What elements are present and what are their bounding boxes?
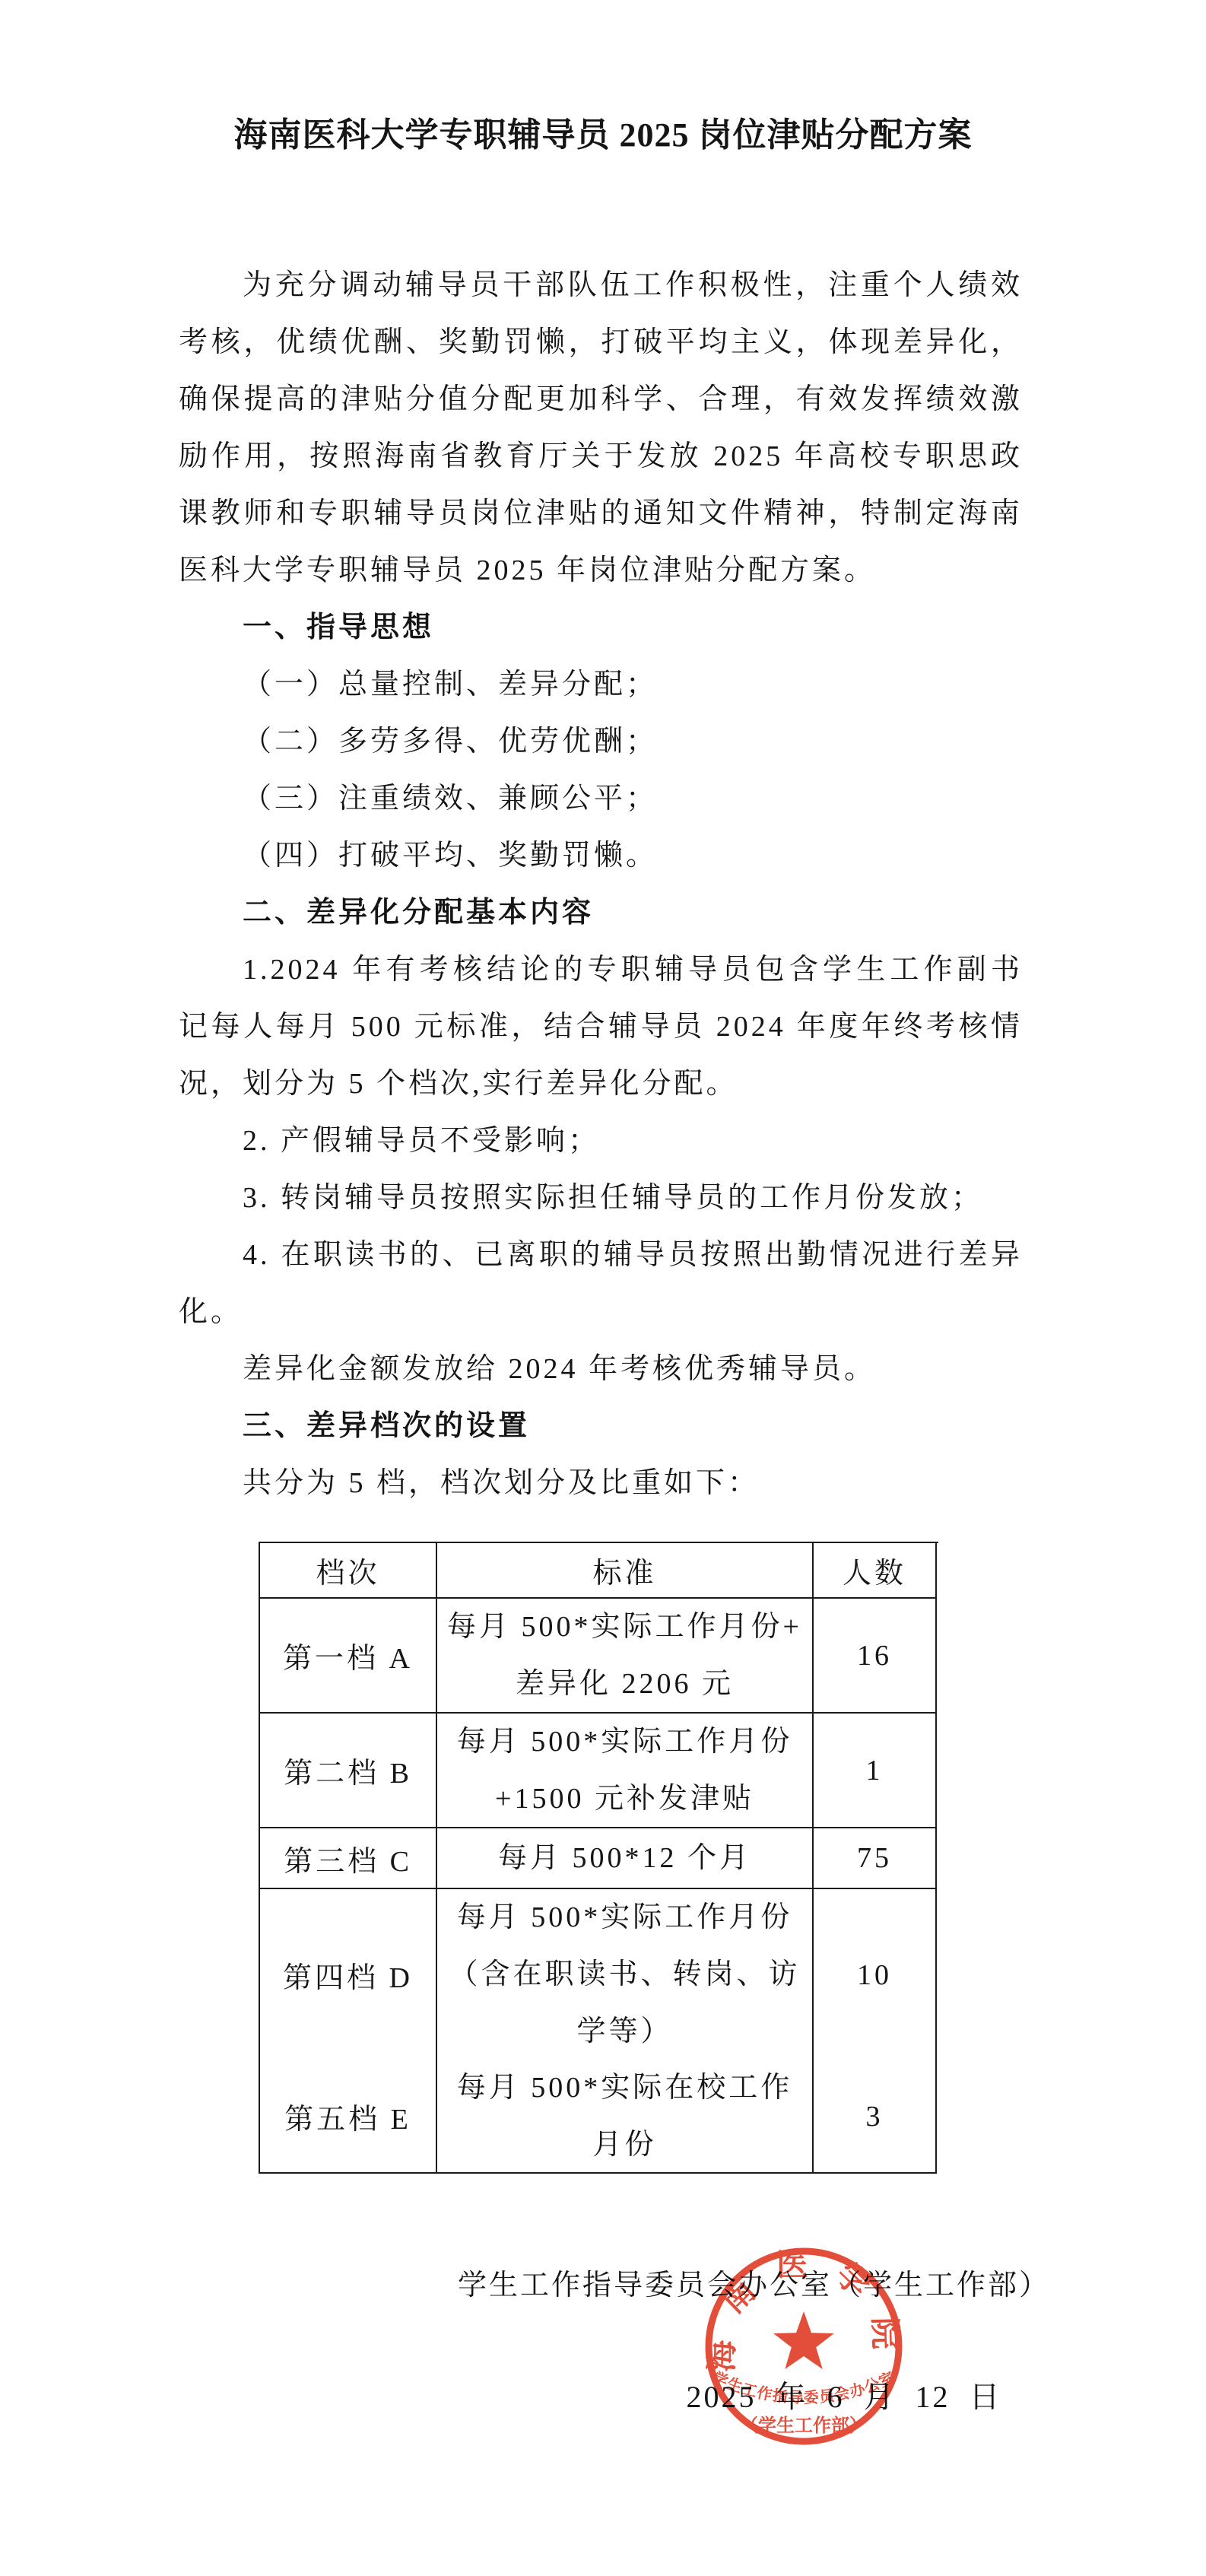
body-line: （一）总量控制、差异分配； bbox=[179, 656, 1023, 713]
standard-cell: 每月 500*实际工作月份+差异化 2206 元 bbox=[437, 1599, 814, 1714]
body-line: 二、差异化分配基本内容 bbox=[179, 885, 1023, 942]
document-body: 为充分调动辅导员干部队伍工作积极性，注重个人绩效 考核，优绩优酬、奖勤罚懒，打破… bbox=[179, 257, 1023, 1512]
body-line: （二）多劳多得、优劳优酬； bbox=[179, 713, 1023, 770]
official-stamp: 海南医学院 学生工作指导委员会办公室 （学生工作部） bbox=[697, 2240, 910, 2453]
table-header-row: 档次 标准 人数 bbox=[260, 1543, 938, 1599]
table-header-grade: 档次 bbox=[260, 1543, 437, 1599]
document-page: 海南医科大学专职辅导员 2025 岗位津贴分配方案 为充分调动辅导员干部队伍工作… bbox=[0, 0, 1206, 2576]
grade-cell: 第三档 C bbox=[260, 1828, 437, 1889]
standard-cell: 每月 500*实际工作月份（含在职读书、转岗、访学等） bbox=[437, 1889, 814, 2060]
body-line: 确保提高的津贴分值分配更加科学、合理，有效发挥绩效激 bbox=[179, 371, 1023, 428]
body-line: 考核，优绩优酬、奖勤罚懒，打破平均主义，体现差异化， bbox=[179, 314, 1023, 371]
stamp-arc-text: 学生工作指导委员会办公室 bbox=[709, 2368, 898, 2406]
standard-line: 差异化 2206 元 bbox=[516, 1656, 734, 1713]
grade-cell: 第五档 E bbox=[260, 2060, 437, 2174]
standard-cell: 每月 500*实际在校工作月份 bbox=[437, 2060, 814, 2174]
allowance-table: 档次 标准 人数 第一档 A 每月 500*实际工作月份+差异化 2206 元 … bbox=[259, 1542, 938, 2174]
body-line: 记每人每月 500 元标准，结合辅导员 2024 年度年终考核情 bbox=[179, 999, 1023, 1056]
count-cell: 75 bbox=[814, 1828, 937, 1889]
standard-line: 每月 500*实际工作月份 bbox=[457, 1714, 793, 1771]
count-cell: 1 bbox=[814, 1714, 937, 1828]
standard-line: 学等） bbox=[576, 2003, 672, 2060]
standard-line: 每月 500*12 个月 bbox=[498, 1830, 751, 1887]
body-line: 化。 bbox=[179, 1284, 1023, 1341]
body-line: 2. 产假辅导员不受影响； bbox=[179, 1113, 1023, 1170]
body-line: 三、差异档次的设置 bbox=[179, 1398, 1023, 1455]
table-row: 第一档 A 每月 500*实际工作月份+差异化 2206 元 16 bbox=[260, 1599, 938, 1714]
grade-cell: 第二档 B bbox=[260, 1714, 437, 1828]
count-cell: 10 bbox=[814, 1889, 937, 2060]
standard-line: 每月 500*实际工作月份+ bbox=[447, 1599, 802, 1656]
body-line: 3. 转岗辅导员按照实际担任辅导员的工作月份发放； bbox=[179, 1170, 1023, 1227]
body-line: 为充分调动辅导员干部队伍工作积极性，注重个人绩效 bbox=[179, 257, 1023, 314]
svg-text:学生工作指导委员会办公室: 学生工作指导委员会办公室 bbox=[709, 2368, 898, 2406]
table-row: 第五档 E 每月 500*实际在校工作月份 3 bbox=[260, 2060, 938, 2174]
standard-line: 每月 500*实际在校工作 bbox=[457, 2060, 793, 2117]
body-line: （四）打破平均、奖勤罚懒。 bbox=[179, 827, 1023, 885]
table-row: 第二档 B 每月 500*实际工作月份+1500 元补发津贴 1 bbox=[260, 1714, 938, 1828]
standard-line: 月份 bbox=[592, 2117, 656, 2174]
table-row: 第四档 D 每月 500*实际工作月份（含在职读书、转岗、访学等） 10 bbox=[260, 1889, 938, 2060]
body-line: （三）注重绩效、兼顾公平； bbox=[179, 770, 1023, 827]
stamp-star-icon bbox=[773, 2311, 834, 2369]
table-header-count: 人数 bbox=[814, 1543, 937, 1599]
count-cell: 16 bbox=[814, 1599, 937, 1714]
standard-line: （含在职读书、转岗、访 bbox=[449, 1946, 800, 2003]
body-line: 差异化金额发放给 2024 年考核优秀辅导员。 bbox=[179, 1341, 1023, 1398]
grade-cell: 第一档 A bbox=[260, 1599, 437, 1714]
body-line: 励作用，按照海南省教育厅关于发放 2025 年高校专职思政 bbox=[179, 428, 1023, 485]
body-line: 1.2024 年有考核结论的专职辅导员包含学生工作副书 bbox=[179, 942, 1023, 999]
grade-cell: 第四档 D bbox=[260, 1889, 437, 2060]
standard-cell: 每月 500*实际工作月份+1500 元补发津贴 bbox=[437, 1714, 814, 1828]
count-cell: 3 bbox=[814, 2060, 937, 2174]
body-line: 况，划分为 5 个档次,实行差异化分配。 bbox=[179, 1056, 1023, 1113]
body-line: 课教师和专职辅导员岗位津贴的通知文件精神，特制定海南 bbox=[179, 485, 1023, 542]
stamp-sub-text: （学生工作部） bbox=[740, 2415, 868, 2436]
standard-line: 每月 500*实际工作月份 bbox=[457, 1889, 793, 1946]
body-line: 一、指导思想 bbox=[179, 599, 1023, 656]
body-line: 共分为 5 档，档次划分及比重如下： bbox=[179, 1455, 1023, 1512]
standard-line: +1500 元补发津贴 bbox=[495, 1771, 754, 1828]
table-header-standard: 标准 bbox=[437, 1543, 814, 1599]
table-row: 第三档 C 每月 500*12 个月 75 bbox=[260, 1828, 938, 1889]
standard-cell: 每月 500*12 个月 bbox=[437, 1828, 814, 1889]
body-line: 医科大学专职辅导员 2025 年岗位津贴分配方案。 bbox=[179, 542, 1023, 599]
page-title: 海南医科大学专职辅导员 2025 岗位津贴分配方案 bbox=[0, 105, 1206, 166]
body-line: 4. 在职读书的、已离职的辅导员按照出勤情况进行差异 bbox=[179, 1227, 1023, 1284]
